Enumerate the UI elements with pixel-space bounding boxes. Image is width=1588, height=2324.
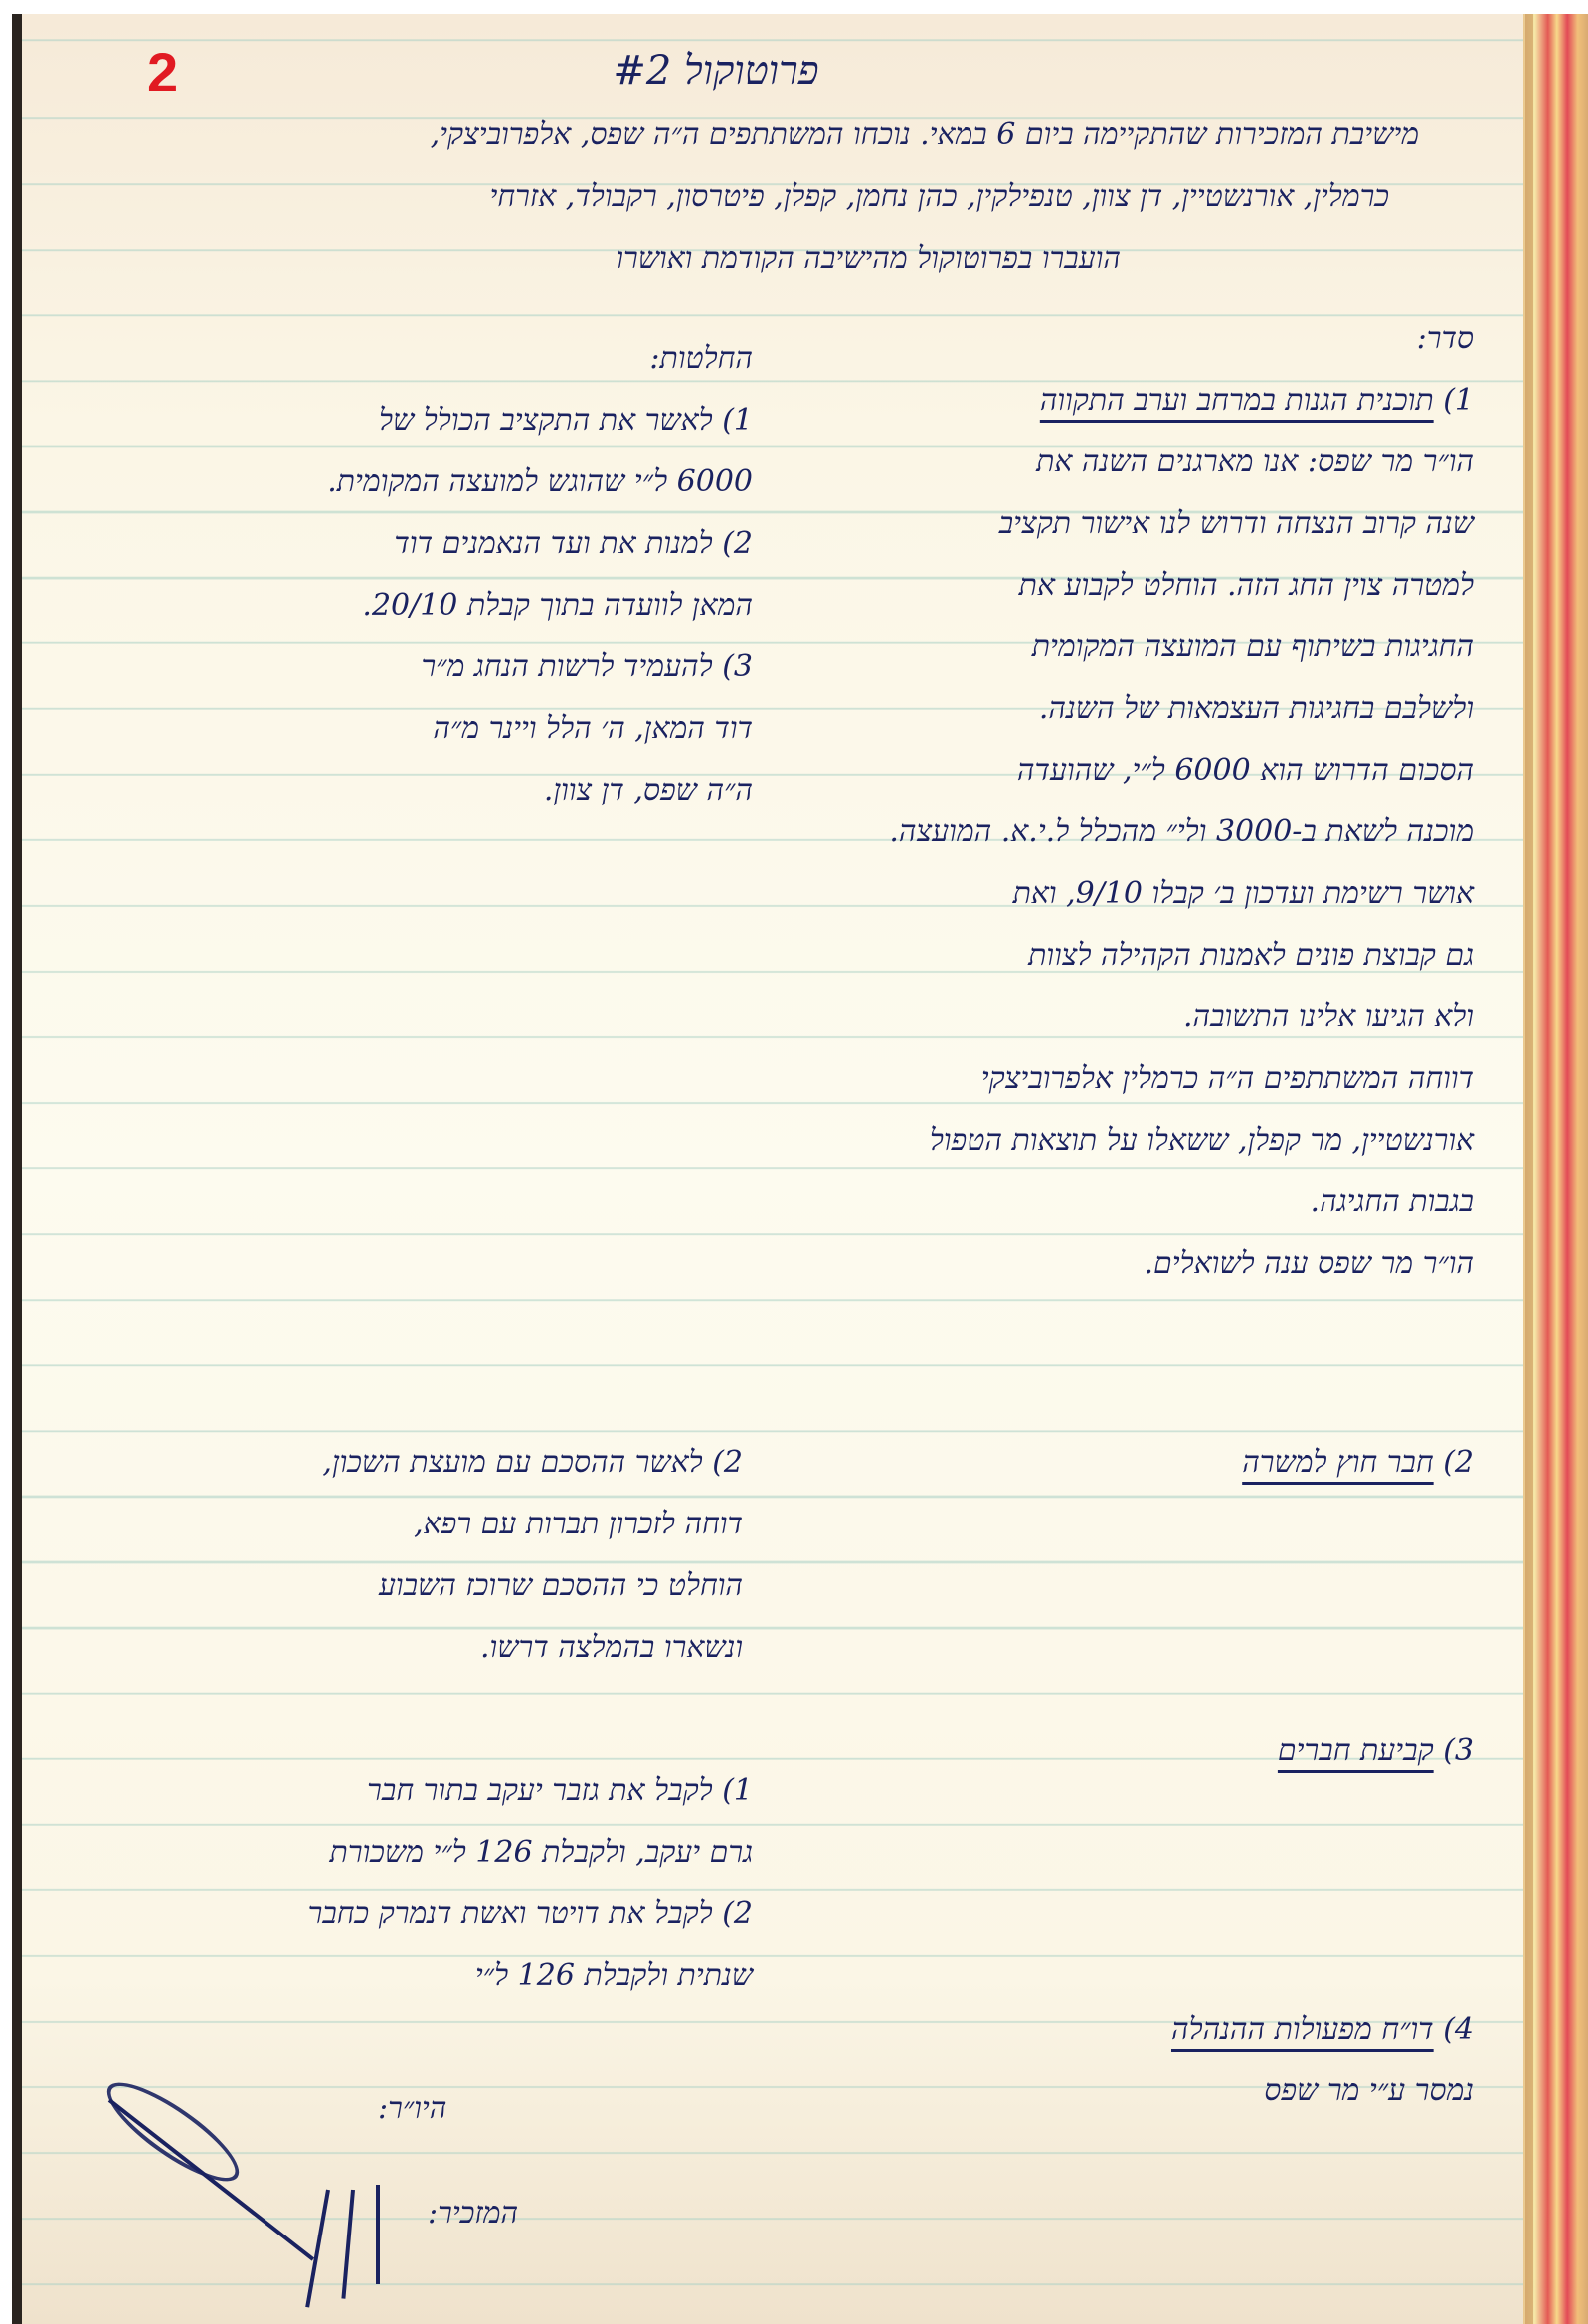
- header-line: הועברו בפרוטוקול מהישיבה הקודמת ואושרו: [77, 228, 1419, 289]
- agenda-paragraph: גם קבוצת פונים לאמנות הקהילה לצוות: [678, 925, 1474, 986]
- agenda-paragraph: ולא הגיעו אלינו התשובה.: [678, 986, 1474, 1048]
- decision-line: גרם יעקב, ולקבלת 126 ל״י משכורת: [17, 1822, 753, 1883]
- decision-line: שנתית ולקבלת 126 ל״י: [17, 1945, 753, 2007]
- decision-line: 6000 ל״י שהוגש למועצה המקומית.: [57, 451, 753, 513]
- decision-line: המאן לוועדה בתוך קבלת 20/10.: [57, 575, 753, 636]
- document-title: פרוטוקול #2: [567, 40, 865, 101]
- agenda-paragraph: אושר רשימת ועדכון ב׳ קבלו 9/10, ואת: [678, 863, 1474, 925]
- agenda-paragraph: אורנשטיין, מר קפלן, ששאלו על תוצאות הטפו…: [678, 1110, 1474, 1171]
- decision-line: 1) לאשר את התקציב הכולל של: [57, 390, 753, 451]
- decisions-column: החלטות: 1) לאשר את התקציב הכולל של 6000 …: [57, 328, 753, 821]
- agenda-item-4-heading: 4) דו״ח מפעולות ההנהלה: [877, 1999, 1474, 2060]
- signature-stroke-icon: [376, 2185, 380, 2284]
- agenda-item-4: 4) דו״ח מפעולות ההנהלה נמסר ע״י מר שפס: [877, 1999, 1474, 2122]
- agenda-paragraph: דווחה המשתתפים ה״ה כרמלין אלפרוביצקי: [678, 1048, 1474, 1110]
- chair-signature-label: היו״ר:: [378, 2078, 446, 2140]
- agenda-item-3: 3) קביעת חברים: [976, 1720, 1474, 1782]
- agenda-paragraph: בגבות החגיגה.: [678, 1171, 1474, 1233]
- agenda-paragraph: הו״ר מר שפס: אנו מארגנים השנה את: [678, 432, 1474, 493]
- agenda-item-number: 2): [1443, 1445, 1474, 1480]
- decision-line: 3) להעמיד לרשות הנחג מ״ר: [57, 636, 753, 698]
- header-line: מישיבת המזכירות שהתקיימה ביום 6 במאי. נו…: [77, 104, 1419, 166]
- agenda-item-title: דו״ח מפעולות ההנהלה: [1171, 2012, 1434, 2047]
- agenda-paragraph: הו״ר מר שפס ענה לשואלים.: [678, 1233, 1474, 1295]
- agenda-paragraph: החגיגות בשיתוף עם המועצה המקומית: [678, 617, 1474, 678]
- agenda-paragraph: הסכום הדרוש הוא 6000 ל״י, שהועדה: [678, 740, 1474, 802]
- decision-line: דוחה לזכרון תברות עם רפא,: [47, 1494, 743, 1555]
- page-edge-shadow: [1525, 14, 1533, 2324]
- agenda-item-title: קביעת חברים: [1278, 1733, 1434, 1768]
- decision-line: 2) למנות את ועד הנאמנים דוד: [57, 513, 753, 575]
- decision-line: ה״ה שפס, דן צוון.: [57, 760, 753, 821]
- decision-item-3: 1) לקבל את גזבר יעקב בתור חבר גרם יעקב, …: [17, 1760, 753, 2007]
- decision-item-2: 2) לאשר ההסכם עם מועצת השכון, דוחה לזכרו…: [47, 1432, 743, 1679]
- decision-line: ונשארו בהמלצה דרשו.: [47, 1617, 743, 1679]
- page-number: 2: [147, 40, 178, 104]
- agenda-item-1: 1) תוכנית הגנות במרחב וערב התקווה: [678, 370, 1474, 432]
- header-line: כרמלין, אורנשטיין, דן צוון, טנפילקין, כה…: [77, 166, 1419, 228]
- decision-line: 1) לקבל את גזבר יעקב בתור חבר: [17, 1760, 753, 1822]
- agenda-item-2: 2) חבר חוץ למשרה: [976, 1432, 1474, 1494]
- agenda-item-number: 1): [1443, 383, 1474, 418]
- agenda-item-title: תוכנית הגנות במרחב וערב התקווה: [1040, 383, 1434, 418]
- decisions-heading: החלטות:: [57, 328, 753, 390]
- agenda-paragraph: ולשלבם בחגיגות העצמאות של השנה.: [678, 678, 1474, 740]
- decision-line: דוד המאן, ה׳ הלל ויינר מ״ה: [57, 698, 753, 760]
- header-attendance: מישיבת המזכירות שהתקיימה ביום 6 במאי. נו…: [77, 104, 1419, 289]
- decision-line: 2) לאשר ההסכם עם מועצת השכון,: [47, 1432, 743, 1494]
- agenda-item-title: חבר חוץ למשרה: [1242, 1445, 1433, 1480]
- secretary-signature-label: המזכיר:: [428, 2183, 518, 2244]
- agenda-paragraph: מוכנה לשאת ב-3000 ולי״ מהכלל ל.י.א. המוע…: [678, 802, 1474, 863]
- agenda-item-subtitle: נמסר ע״י מר שפס: [877, 2060, 1474, 2122]
- agenda-column: סדר: 1) תוכנית הגנות במרחב וערב התקווה ה…: [678, 308, 1474, 1295]
- agenda-item-number: 3): [1443, 1733, 1474, 1768]
- agenda-item-number: 4): [1443, 2012, 1474, 2047]
- agenda-paragraph: שנה קרוב הנצחה ודרוש לנו אישור תקציב: [678, 493, 1474, 555]
- agenda-paragraph: למטרה צוין החג הזה. הוחלט לקבוע את: [678, 555, 1474, 617]
- decision-line: הוחלט כי ההסכם שרוכז השבוע: [47, 1555, 743, 1617]
- decision-line: 2) לקבל את דויטר ואשת דנמרק כחבר: [17, 1883, 753, 1945]
- agenda-heading: סדר:: [678, 308, 1474, 370]
